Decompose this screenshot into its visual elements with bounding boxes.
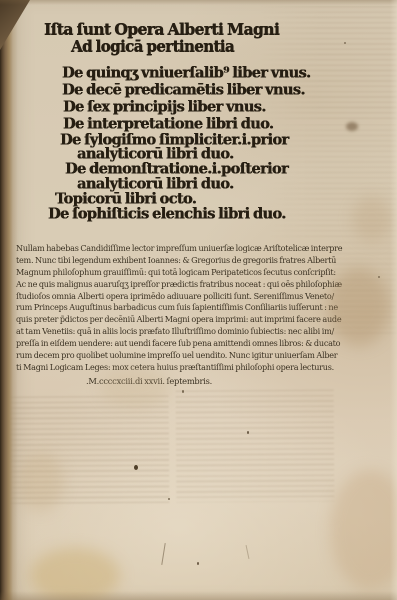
colophon-line: at tam Venetiis: quā in aliis locis præf… <box>16 326 334 338</box>
work-item: De ſophiſticis elenchis libri duo. <box>48 205 286 223</box>
colophon-line: rum decem pro quolibet uolumine impreſſo… <box>16 350 334 362</box>
work-item: De decē predicamētis liber vnus. <box>62 81 305 99</box>
page-right-edge <box>390 0 397 600</box>
colophon-line: Nullam habebas Candidiſſime lector impre… <box>16 243 334 255</box>
colophon-paragraph: Nullam habebas Candidiſſime lector impre… <box>16 243 334 387</box>
colophon-line: ti Magni Logicam Leges: mox cetera huius… <box>16 362 334 374</box>
colophon-date: .M.ccccxciii.di xxvii. ſeptembris. <box>16 375 334 387</box>
colophon-line: quis preter p̃dictos per decēniū Alberti… <box>16 314 334 326</box>
page-title-line1: Iſta ſunt Opera Alberti Magni <box>44 19 279 39</box>
colophon-line: rum Princeps Auguſtinus barbadicus cum ſ… <box>16 302 334 314</box>
colophon-line: ſtudioſos omnia Alberti opera iprimēdo a… <box>16 291 334 303</box>
book-page-photo: Iſta ſunt Opera Alberti Magni Ad logicā … <box>0 0 397 600</box>
page-title-line2: Ad logicā pertinentia <box>71 37 234 56</box>
work-item: De quinqʒ vniuerſalib⁹ liber vnus. <box>62 64 310 82</box>
colophon-line: Ac ne quis malignus auaruſqʒ ipreſſor pr… <box>16 279 334 291</box>
page-left-edge <box>0 0 18 600</box>
work-item: De ſex principijs liber vnus. <box>63 98 266 116</box>
colophon-line: Magnum philoſophum grauiſſimū: qui totā … <box>16 267 334 279</box>
colophon-line: tem. Nunc tibi legendum exhibent Ioannes… <box>16 255 334 267</box>
colophon-line: preſſa in eiſdem uendere: aut uendi face… <box>16 338 334 350</box>
page-bottom-edge <box>0 591 397 600</box>
page-top-edge <box>0 0 397 5</box>
